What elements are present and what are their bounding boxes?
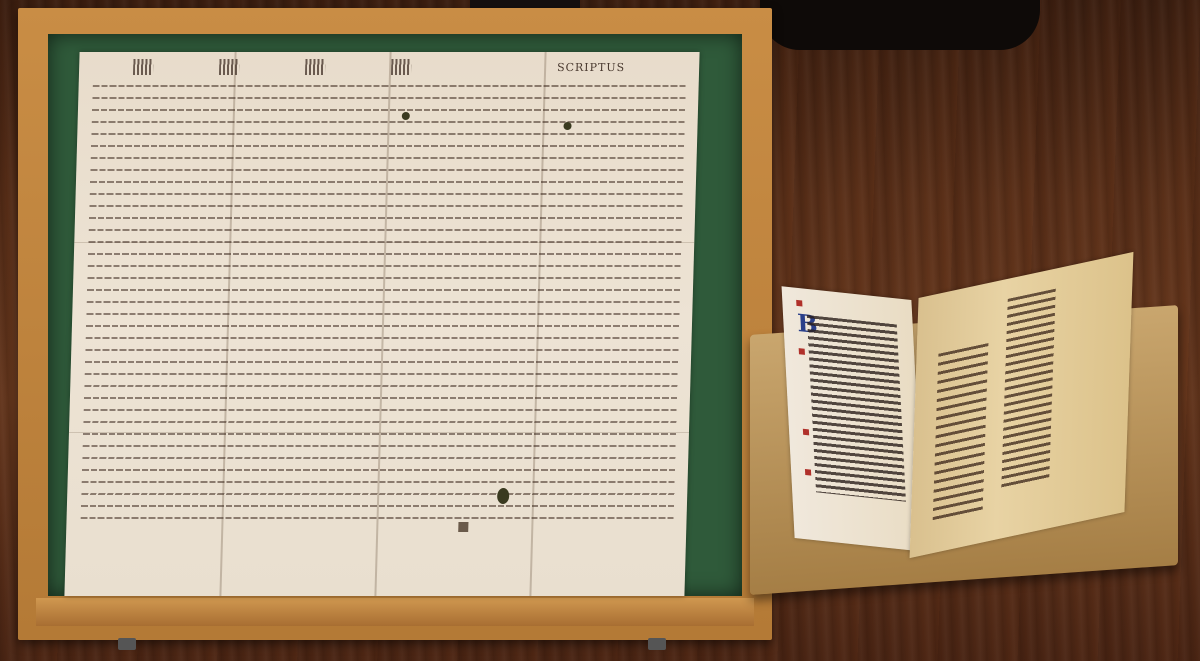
frame-foot-right bbox=[648, 638, 666, 650]
rubric-initial bbox=[799, 348, 805, 355]
frame-bottom-rail bbox=[36, 598, 754, 626]
chirograph-glyph bbox=[133, 59, 153, 75]
chirograph-header: SCRIPTUS bbox=[93, 58, 686, 76]
open-manuscript-book: Open manuscript codex with illuminated i… bbox=[748, 258, 1188, 588]
rubric-initial bbox=[803, 429, 809, 436]
book-script-text bbox=[807, 315, 906, 502]
seal-tag bbox=[458, 522, 468, 532]
chirograph-glyph bbox=[305, 59, 325, 75]
parchment-charter: Framed Latin charter on parchment SCRIPT… bbox=[64, 52, 699, 596]
frame-foot-left bbox=[118, 638, 136, 650]
rubric-initial bbox=[796, 300, 802, 307]
charter-script-text bbox=[81, 80, 687, 520]
book-page-left: B bbox=[782, 286, 925, 551]
book-page-right bbox=[910, 252, 1134, 558]
book-script-column bbox=[933, 343, 989, 525]
chirograph-glyph bbox=[391, 59, 411, 75]
book-script-column bbox=[1001, 289, 1056, 491]
rubric-initial bbox=[805, 469, 811, 476]
chirograph-glyph bbox=[219, 59, 239, 75]
dark-object-top bbox=[760, 0, 1040, 50]
charter-header-word: SCRIPTUS bbox=[557, 61, 625, 74]
